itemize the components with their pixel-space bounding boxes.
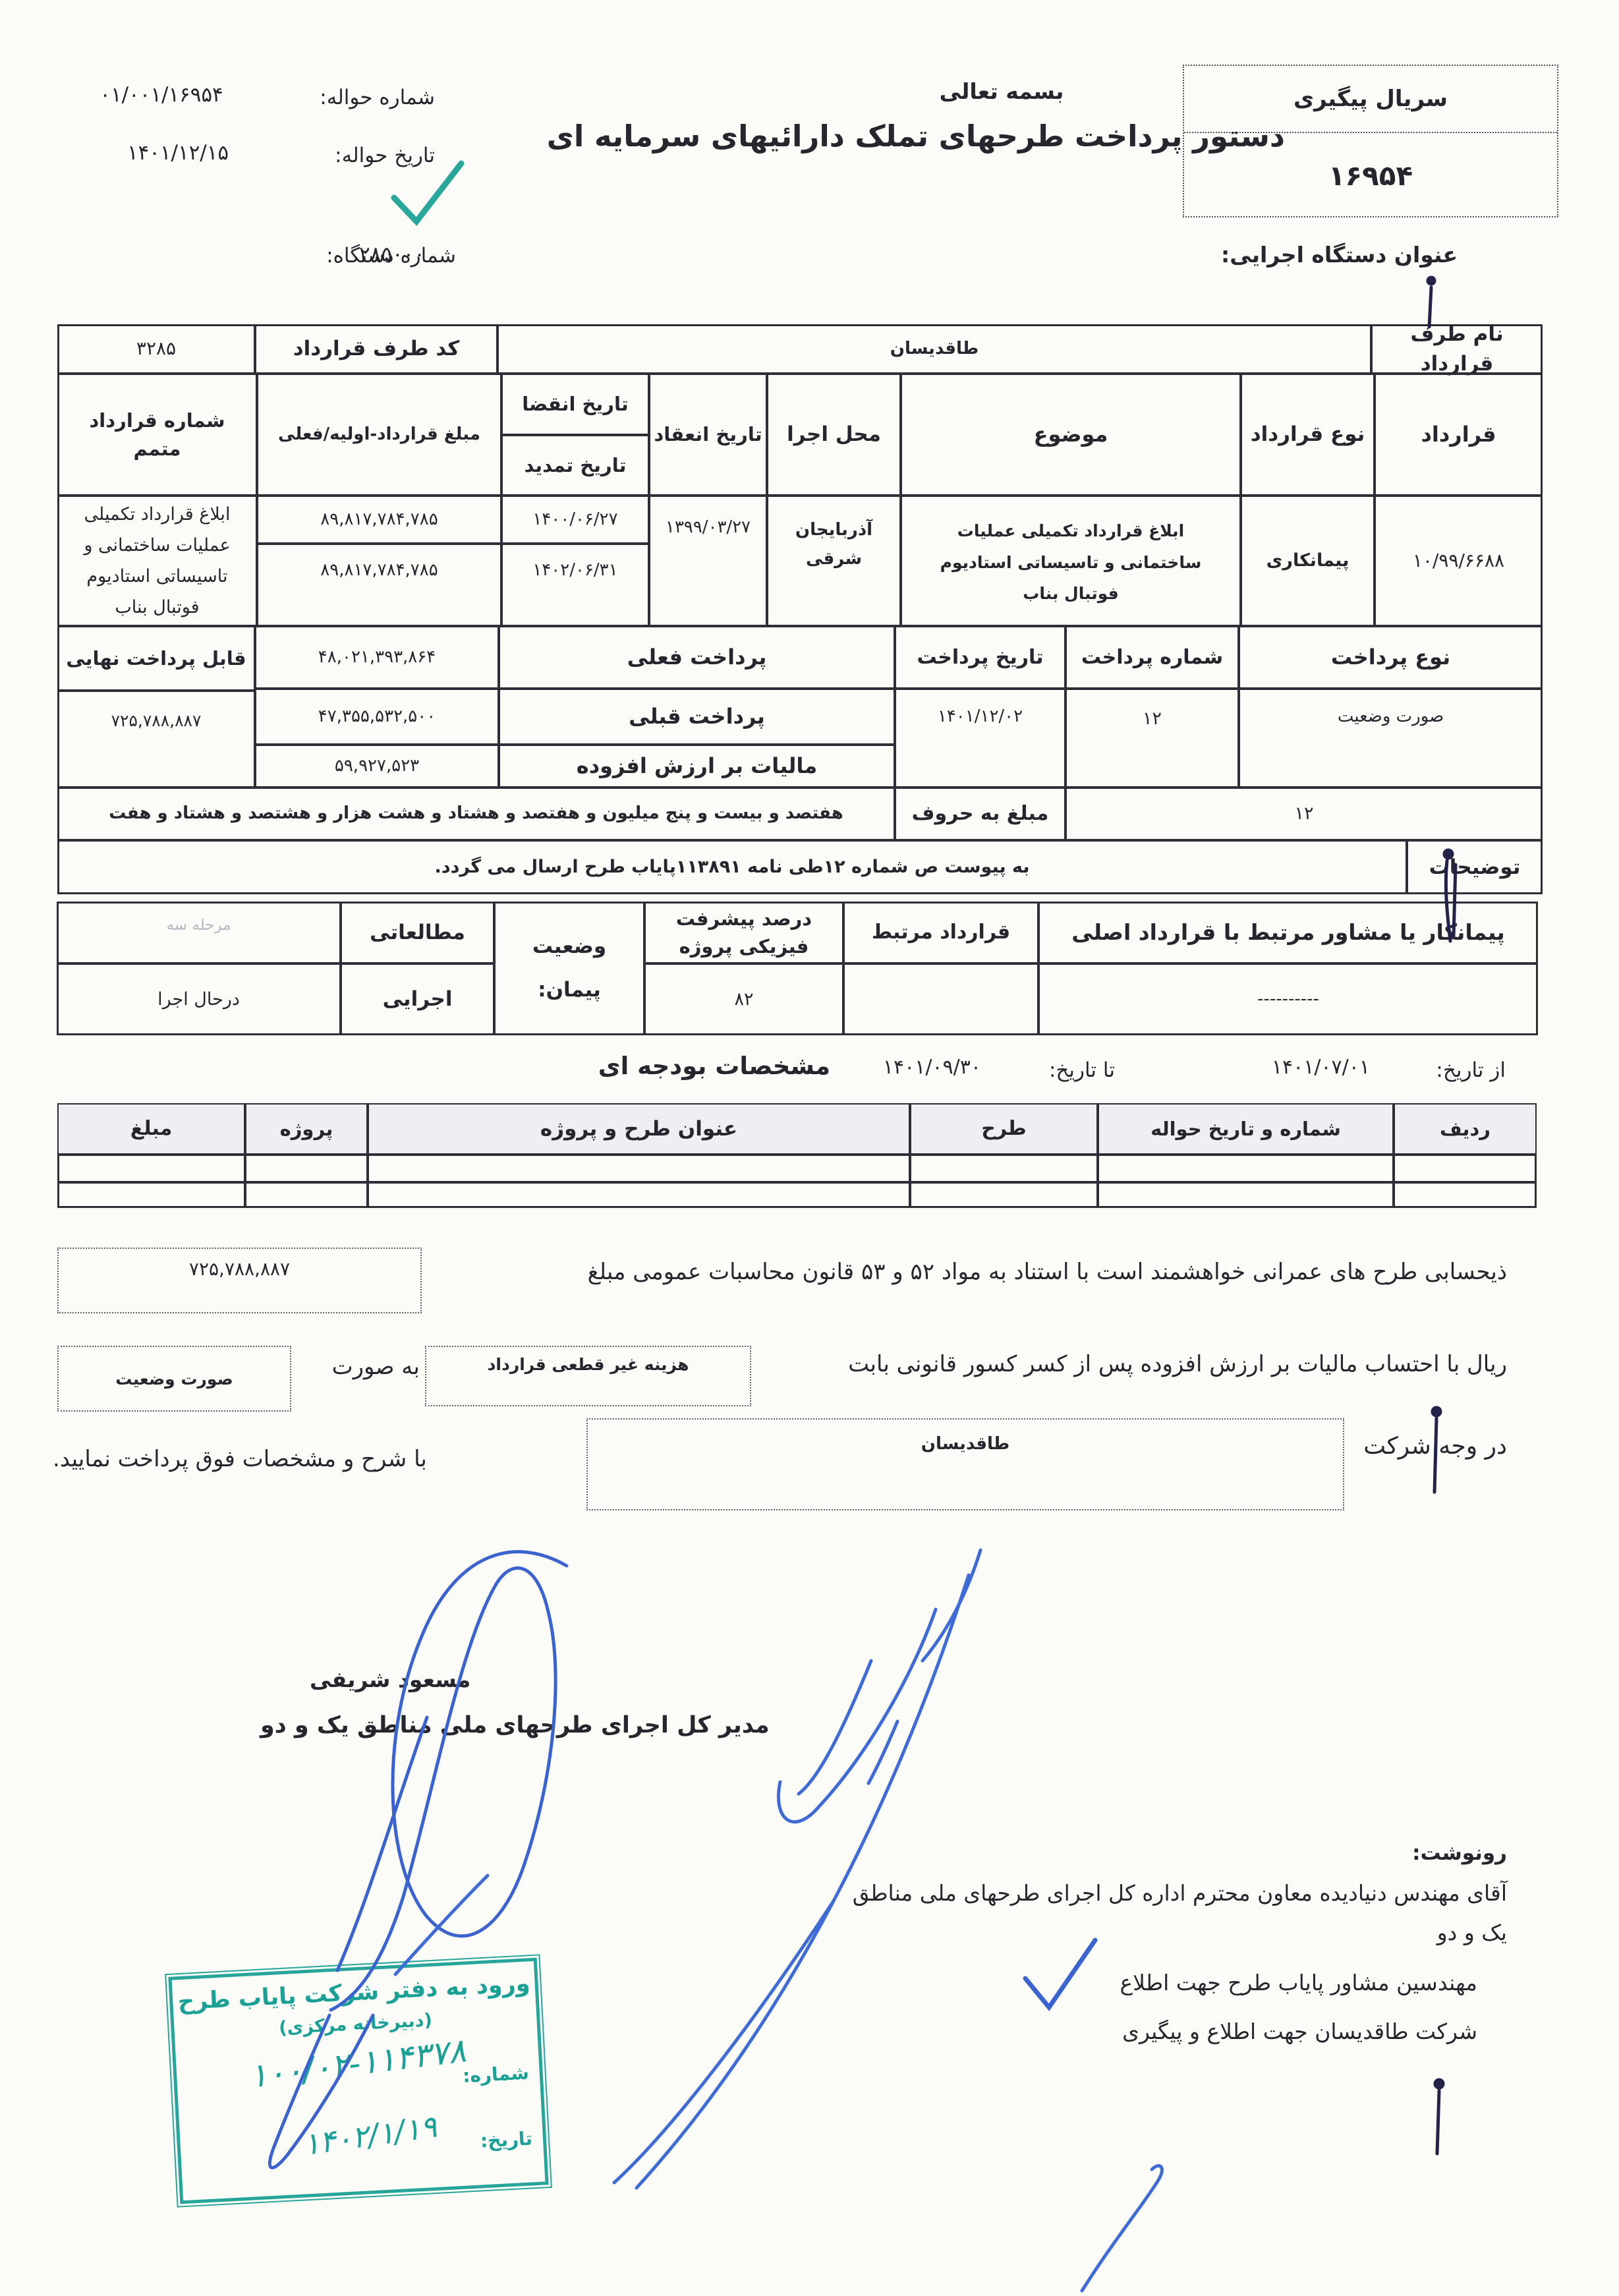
vat-amount: ۵۹,۹۲۷,۵۲۳ <box>255 745 499 788</box>
check-icon <box>1025 1940 1095 2007</box>
payment-date-header: تاریخ پرداخت <box>895 626 1065 689</box>
budget-empty-cell <box>1394 1182 1537 1208</box>
progress-header: درصد پیشرفت فیزیکی پروژه <box>644 902 843 963</box>
stamp-date-label: تاریخ: <box>480 2127 533 2152</box>
extension-date-header: تاریخ تمدید <box>501 435 649 496</box>
party-name-header: نام طرف قرارداد <box>1371 324 1543 374</box>
consultant-value: ---------- <box>1038 963 1538 1035</box>
budget-col-plan: طرح <box>910 1103 1098 1155</box>
payee-box: طاقدیسان <box>586 1418 1344 1510</box>
device-no-value: ۲۸۵۰۰۰ <box>326 241 458 268</box>
budget-col-title: عنوان طرح و پروژه <box>368 1103 910 1155</box>
final-payable-label: قابل پرداخت نهایی <box>57 626 255 691</box>
budget-col-remittance: شماره و تاریخ حواله <box>1098 1103 1394 1155</box>
contract-col-header: قرارداد <box>1375 374 1543 496</box>
payment-no-value: ۱۲ <box>1065 689 1239 788</box>
budget-empty-cell <box>910 1182 1098 1208</box>
remittance-date-value: ۱۴۰۱/۱۲/۱۵ <box>92 140 264 166</box>
payee-label: در وجه شرکت <box>1363 1431 1507 1462</box>
expiry-date-header: تاریخ انقضا <box>501 374 649 435</box>
budget-empty-cell <box>57 1155 245 1182</box>
budget-col-row: ردیف <box>1394 1103 1537 1155</box>
budget-section-title: مشخصات بودجه ای <box>613 1050 830 1082</box>
payment-date-value: ۱۴۰۱/۱۲/۰۲ <box>895 689 1065 788</box>
remittance-date-label: تاریخ حواله: <box>335 142 435 169</box>
budget-empty-cell <box>245 1155 368 1182</box>
phase-note: مرحله سه <box>57 902 341 963</box>
party-name-value: طاقدیسان <box>497 324 1371 374</box>
from-date-label: از تاریخ: <box>1436 1057 1506 1083</box>
current-payment-label: پرداخت فعلی <box>499 626 895 689</box>
party-code-value: ۳۲۸۵ <box>57 324 255 374</box>
current-payment-amount: ۴۸,۰۲۱,۳۹۳,۸۶۴ <box>255 626 499 689</box>
scanned-payment-order-document: سریال پیگیری ۱۶۹۵۴ بسمه تعالی دستور پردا… <box>0 0 1619 2296</box>
stamp-number-label: شماره: <box>462 2061 529 2086</box>
bismillah: بسمه تعالی <box>909 78 1094 106</box>
contract-type-header: نوع قرارداد <box>1241 374 1375 496</box>
expense-type-box: هزینه غیر قطعی قرارداد <box>425 1346 751 1406</box>
agency-title-label: عنوان دستگاه اجرایی: <box>1221 241 1458 270</box>
contract-no-value: ۱۰/۹۹/۶۶۸۸ <box>1375 496 1543 626</box>
amount-current-value: ۸۹,۸۱۷,۷۸۴,۷۸۵ <box>257 544 501 626</box>
extension-date-value: ۱۴۰۲/۰۶/۳۱ <box>501 544 649 626</box>
budget-col-project: پروژه <box>245 1103 368 1155</box>
entry-stamp: ورود به دفتر شرکت پایاب طرح (دبیرخانه مر… <box>168 1958 548 2204</box>
pact-status-header: وضعیت پیمان: <box>494 902 644 1035</box>
budget-empty-cell <box>1098 1155 1394 1182</box>
from-date-value: ۱۴۰۱/۰۷/۰۱ <box>1272 1054 1370 1080</box>
check-icon <box>394 163 461 221</box>
subject-value: ابلاغ قرارداد تکمیلی عملیات ساختمانی و ت… <box>901 496 1241 626</box>
amount-words-row-number: ۱۲ <box>1065 788 1543 840</box>
cc-item-1a: آقای مهندس دنیادیده معاون محترم اداره کل… <box>853 1880 1507 1908</box>
location-value: آذربایجان شرقی <box>767 496 901 626</box>
payment-no-header: شماره پرداخت <box>1065 626 1239 689</box>
subject-header: موضوع <box>901 374 1241 496</box>
contract-type-value: پیمانکاری <box>1241 496 1375 626</box>
executive-label: اجرایی <box>341 963 494 1035</box>
budget-empty-cell <box>368 1155 910 1182</box>
cc-item-1b: یک و دو <box>1437 1919 1507 1947</box>
previous-payment-label: پرداخت قبلی <box>499 689 895 745</box>
order-closing: با شرح و مشخصات فوق پرداخت نمایید. <box>53 1445 427 1474</box>
to-date-value: ۱۴۰۱/۰۹/۳۰ <box>883 1054 981 1080</box>
to-date-label: تا تاریخ: <box>1049 1057 1115 1083</box>
budget-empty-cell <box>368 1182 910 1208</box>
budget-col-amount: مبلغ <box>57 1103 245 1155</box>
order-line1: ذیحسابی طرح های عمرانی خواهشمند است با ا… <box>588 1257 1507 1286</box>
stamp-date-value: ۱۴۰۲/۱/۱۹ <box>301 2108 439 2162</box>
previous-payment-amount: ۴۷,۳۵۵,۵۳۲,۵۰۰ <box>255 689 499 745</box>
budget-empty-cell <box>245 1182 368 1208</box>
as-label: به صورت <box>332 1352 420 1381</box>
cc-item-2: مهندسین مشاور پایاب طرح جهت اطلاع <box>1120 1969 1477 1997</box>
cc-item-3: شرکت طاقدیسان جهت اطلاع و پیگیری <box>1122 2018 1477 2046</box>
payment-type-header: نوع پرداخت <box>1239 626 1543 689</box>
in-progress-value: درحال اجرا <box>57 963 341 1035</box>
budget-empty-cell <box>1098 1182 1394 1208</box>
remittance-no-label: شماره حواله: <box>320 84 435 111</box>
amount-words-label: مبلغ به حروف <box>895 788 1065 840</box>
amount-in-words: هفتصد و بیست و پنج میلیون و هفتصد و هشتا… <box>57 788 895 840</box>
amount-initial-value: ۸۹,۸۱۷,۷۸۴,۷۸۵ <box>257 496 501 544</box>
page-title: دستور پرداخت طرحهای تملک دارائیهای سرمای… <box>679 117 1285 156</box>
stamp-number-value: ۱۰۰/۰۲-۱۱۴۳۷۸ <box>247 2031 468 2096</box>
cc-label: رونوشت: <box>1412 1840 1507 1866</box>
notes-text: به پیوست ص شماره ۱۲طی نامه ۱۱۳۸۹۱پایاب ط… <box>57 840 1407 894</box>
remittance-no-value: ۰۱/۰۰۱/۱۶۹۵۴ <box>63 82 260 108</box>
budget-empty-cell <box>57 1182 245 1208</box>
as-box: صورت وضعیت <box>57 1346 291 1412</box>
contract-amount-header: مبلغ قرارداد-اولیه/فعلی <box>257 374 501 496</box>
related-contract-header: قرارداد مرتبط <box>843 902 1038 963</box>
location-header: محل اجرا <box>767 374 901 496</box>
notes-label: توضیحات <box>1407 840 1543 894</box>
budget-empty-cell <box>1394 1155 1537 1182</box>
order-amount-box: ۷۲۵,۷۸۸,۸۸۷ <box>57 1248 422 1313</box>
study-label: مطالعاتی <box>341 902 494 963</box>
expiry-date-value: ۱۴۰۰/۰۶/۲۷ <box>501 496 649 544</box>
supplement-no-header: شماره قرارداد متمم <box>57 374 257 496</box>
final-payable-amount: ۷۲۵,۷۸۸,۸۸۷ <box>57 691 255 788</box>
sign-date-header: تاریخ انعقاد <box>649 374 767 496</box>
budget-empty-cell <box>910 1155 1098 1182</box>
supplement-value: ابلاغ قرارداد تکمیلی عملیات ساختمانی و ت… <box>57 496 257 626</box>
signer-role: مدیر کل اجرای طرحهای ملی مناطق یک و دو <box>260 1711 770 1741</box>
signer-name: مسعود شریفی <box>310 1666 470 1694</box>
related-contract-value <box>843 963 1038 1035</box>
sign-date-value: ۱۳۹۹/۰۳/۲۷ <box>649 496 767 626</box>
payment-type-value: صورت وضعیت <box>1239 689 1543 788</box>
vat-label: مالیات بر ارزش افزوده <box>499 745 895 788</box>
progress-value: ۸۲ <box>644 963 843 1035</box>
consultant-header: پیمانکار یا مشاور مرتبط با قرارداد اصلی <box>1038 902 1538 963</box>
party-code-header: کد طرف قرارداد <box>255 324 497 374</box>
order-line2: ریال با احتساب مالیات بر ارزش افزوده پس … <box>848 1350 1507 1379</box>
